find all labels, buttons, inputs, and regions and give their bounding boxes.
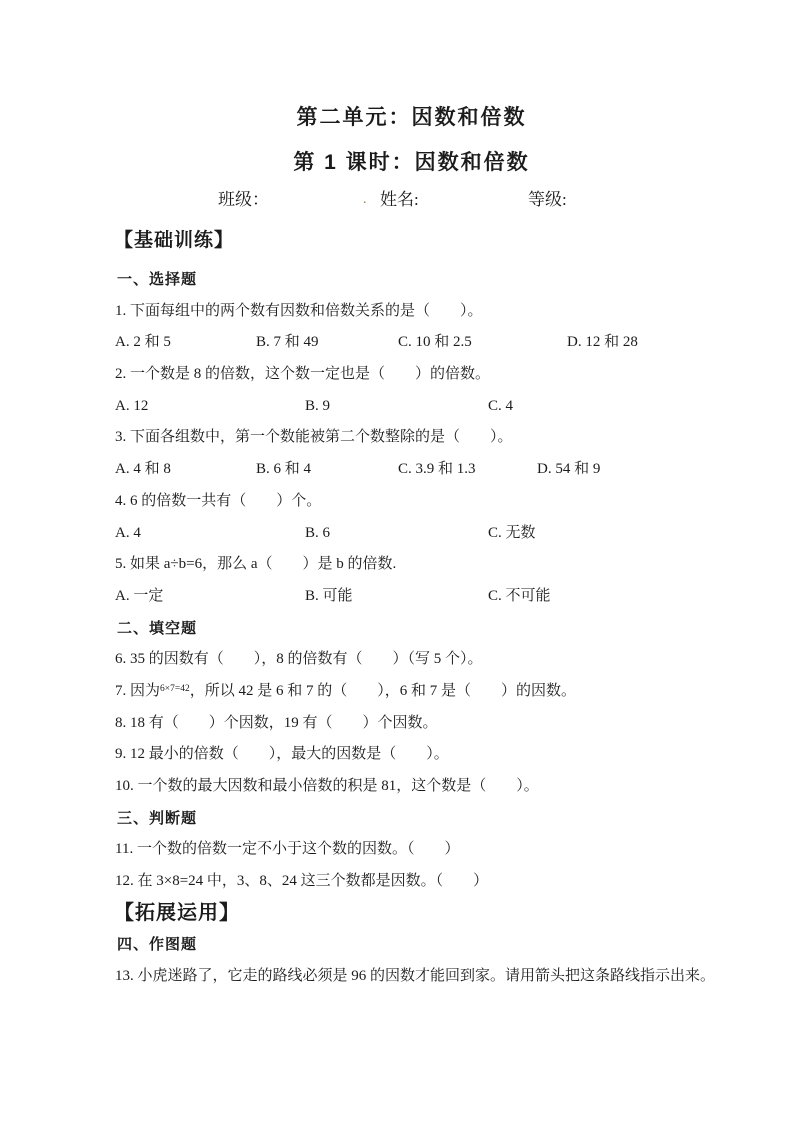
- q1-option-a: A. 2 和 5: [115, 327, 171, 359]
- q2-option-a: A. 12: [115, 391, 148, 423]
- lesson-title: 第 1 课时：因数和倍数: [15, 146, 793, 176]
- question-list: 一、选择题 1. 下面每组中的两个数有因数和倍数关系的是（ ）。 A. 2 和 …: [0, 264, 793, 993]
- question-5: 5. 如果 a÷b=6，那么 a（ ）是 b 的倍数.: [0, 549, 793, 581]
- part1-heading: 一、选择题: [0, 264, 793, 296]
- grade-label: 等级:: [528, 188, 567, 212]
- question-2: 2. 一个数是 8 的倍数，这个数一定也是（ ）的倍数。: [0, 359, 793, 391]
- question-12: 12. 在 3×8=24 中，3、8、24 这三个数都是因数。（ ）: [0, 866, 793, 898]
- q7-prefix: 7. 因为: [115, 683, 160, 699]
- q3-option-d: D. 54 和 9: [537, 454, 600, 486]
- q4-option-a: A. 4: [115, 518, 141, 550]
- question-5-options: A. 一定 B. 可能 C. 不可能: [0, 581, 793, 613]
- q5-option-b: B. 可能: [305, 581, 353, 613]
- q4-option-c: C. 无数: [488, 518, 536, 550]
- q5-option-a: A. 一定: [115, 581, 163, 613]
- question-6: 6. 35 的因数有（ ），8 的倍数有（ ）（写 5 个）。: [0, 644, 793, 676]
- q3-option-c: C. 3.9 和 1.3: [398, 454, 476, 486]
- extend-application-header: 【拓展运用】: [0, 898, 793, 930]
- student-info-line: 班级： . 姓名: 等级:: [0, 188, 793, 212]
- question-4: 4. 6 的倍数一共有（ ）个。: [0, 486, 793, 518]
- question-3-options: A. 4 和 8 B. 6 和 4 C. 3.9 和 1.3 D. 54 和 9: [0, 454, 793, 486]
- q5-option-c: C. 不可能: [488, 581, 551, 613]
- q3-option-b: B. 6 和 4: [256, 454, 311, 486]
- question-13: 13. 小虎迷路了，它走的路线必须是 96 的因数才能回到家。请用箭头把这条路线…: [0, 961, 793, 993]
- q7-formula: 6×7=42: [160, 684, 190, 694]
- question-4-options: A. 4 B. 6 C. 无数: [0, 518, 793, 550]
- unit-title: 第二单元：因数和倍数: [15, 101, 793, 131]
- part4-heading: 四、作图题: [0, 929, 793, 961]
- q7-suffix: ，所以 42 是 6 和 7 的（ ），6 和 7 是（ ）的因数。: [190, 683, 576, 699]
- q2-option-c: C. 4: [488, 391, 513, 423]
- part3-heading: 三、判断题: [0, 803, 793, 835]
- question-3: 3. 下面各组数中，第一个数能被第二个数整除的是（ ）。: [0, 422, 793, 454]
- question-1-options: A. 2 和 5 B. 7 和 49 C. 10 和 2.5 D. 12 和 2…: [0, 327, 793, 359]
- question-10: 10. 一个数的最大因数和最小倍数的积是 81，这个数是（ ）。: [0, 771, 793, 803]
- basic-training-header: 【基础训练】: [114, 225, 234, 252]
- question-9: 9. 12 最小的倍数（ ），最大的因数是（ ）。: [0, 739, 793, 771]
- q1-option-b: B. 7 和 49: [256, 327, 319, 359]
- q1-option-d: D. 12 和 28: [567, 327, 638, 359]
- question-8: 8. 18 有（ ）个因数，19 有（ ）个因数。: [0, 708, 793, 740]
- question-7: 7. 因为6×7=42，所以 42 是 6 和 7 的（ ），6 和 7 是（ …: [0, 676, 793, 708]
- question-1: 1. 下面每组中的两个数有因数和倍数关系的是（ ）。: [0, 296, 793, 328]
- separator-dot: .: [363, 188, 367, 212]
- q3-option-a: A. 4 和 8: [115, 454, 171, 486]
- q1-option-c: C. 10 和 2.5: [398, 327, 472, 359]
- worksheet-page: 第二单元：因数和倍数 第 1 课时：因数和倍数 班级： . 姓名: 等级: 【基…: [0, 0, 793, 1122]
- q2-option-b: B. 9: [305, 391, 330, 423]
- question-11: 11. 一个数的倍数一定不小于这个数的因数。（ ）: [0, 834, 793, 866]
- question-2-options: A. 12 B. 9 C. 4: [0, 391, 793, 423]
- part2-heading: 二、填空题: [0, 613, 793, 645]
- name-label: 姓名:: [380, 188, 419, 212]
- class-label: 班级：: [218, 188, 269, 212]
- q4-option-b: B. 6: [305, 518, 330, 550]
